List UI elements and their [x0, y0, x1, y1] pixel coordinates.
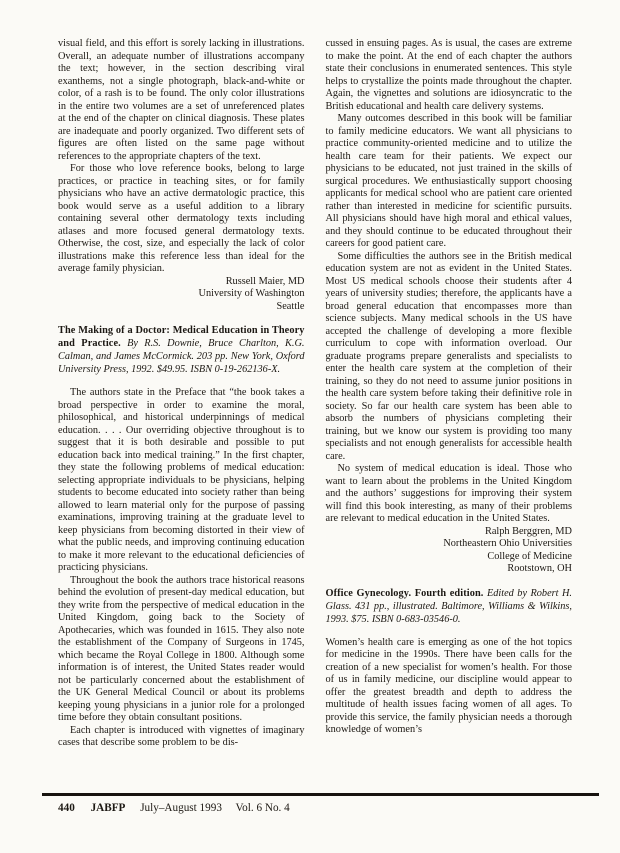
reviewer-affiliation: University of Washington — [58, 288, 305, 301]
journal-page: visual field, and this effort is sorely … — [0, 0, 620, 853]
book-review-heading: The Making of a Doctor: Medical Educatio… — [58, 324, 305, 376]
issue-date: July–August 1993 — [140, 802, 222, 814]
reviewer-name: Russell Maier, MD — [58, 276, 305, 289]
book-title: Office Gynecology. Fourth edition. — [326, 588, 484, 599]
page-footer: 440 JABFP July–August 1993 Vol. 6 No. 4 — [58, 801, 290, 815]
body-paragraph: Some difficulties the authors see in the… — [326, 251, 573, 464]
body-paragraph: For those who love reference books, belo… — [58, 163, 305, 276]
text-column-right: cussed in ensuing pages. As is usual, th… — [326, 38, 573, 750]
body-paragraph: No system of medical education is ideal.… — [326, 463, 573, 526]
body-paragraph: Each chapter is introduced with vignette… — [58, 725, 305, 750]
book-review-heading: Office Gynecology. Fourth edition. Edite… — [326, 587, 573, 626]
reviewer-affiliation: College of Medicine — [326, 551, 573, 564]
body-paragraph: visual field, and this effort is sorely … — [58, 38, 305, 163]
body-paragraph: Throughout the book the authors trace hi… — [58, 575, 305, 725]
page-content: visual field, and this effort is sorely … — [58, 38, 572, 750]
text-column-left: visual field, and this effort is sorely … — [58, 38, 305, 750]
volume-info: Vol. 6 No. 4 — [236, 802, 290, 814]
reviewer-name: Ralph Berggren, MD — [326, 526, 573, 539]
reviewer-location: Seattle — [58, 301, 305, 314]
reviewer-location: Rootstown, OH — [326, 563, 573, 576]
journal-abbreviation: JABFP — [91, 802, 126, 814]
reviewer-signature: Russell Maier, MD University of Washingt… — [58, 276, 305, 314]
footer-rule — [42, 793, 599, 796]
body-paragraph: Women’s health care is emerging as one o… — [326, 637, 573, 737]
reviewer-affiliation: Northeastern Ohio Universities — [326, 538, 573, 551]
body-paragraph: The authors state in the Preface that “t… — [58, 387, 305, 575]
body-paragraph: Many outcomes described in this book wil… — [326, 113, 573, 251]
body-paragraph: cussed in ensuing pages. As is usual, th… — [326, 38, 573, 113]
page-number: 440 — [58, 802, 75, 814]
reviewer-signature: Ralph Berggren, MD Northeastern Ohio Uni… — [326, 526, 573, 576]
